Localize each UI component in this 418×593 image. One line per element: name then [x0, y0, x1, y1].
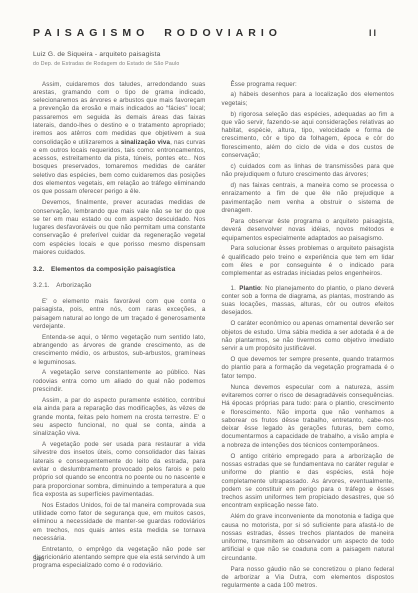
paragraph: O que devemos ter sempre presente, quand… — [222, 356, 395, 381]
paragraph: Nunca devemos especular com a natureza, … — [222, 384, 395, 450]
page-number: 340 — [33, 556, 44, 563]
paragraph: A vegetação pode ser usada para restaura… — [33, 441, 206, 499]
paragraph: E' o elemento mais favorável com que con… — [33, 298, 206, 331]
list-item: c) cuidados com as linhas de transmissõe… — [222, 163, 395, 180]
paragraph: Para solucionar êsses problemas o arquit… — [222, 245, 395, 278]
author-block: Luiz G. de Siqueira - arquiteto paisagis… — [33, 51, 394, 67]
paragraph: 1. Plantio: No planejamento do plantio, … — [222, 285, 395, 318]
text-columns: Assim, cuidaremos dos taludes, arredonda… — [33, 81, 394, 593]
list-item: d) nas faixas centrais, a maneira como s… — [222, 182, 395, 215]
paragraph: O caráter econômico ou apenas ornamental… — [222, 320, 395, 353]
paragraph: O antigo critério empregado para a arbor… — [222, 453, 395, 511]
chapter-numeral: II — [369, 28, 378, 38]
list-item: a) hábeis desenhos para a localização do… — [222, 91, 395, 108]
paragraph: Além do grave inconveniente da monotonia… — [222, 513, 395, 563]
paragraph: Assim, a par do aspecto puramente estéti… — [33, 397, 206, 438]
page-header: PAISAGISMO RODOVIARIO II — [33, 27, 394, 39]
page-title: PAISAGISMO RODOVIARIO — [33, 27, 282, 39]
paragraph: Nos Estados Unidos, foi de tal maneira c… — [33, 502, 206, 543]
list-item: b) rigorosa seleção das espécies, adequa… — [222, 111, 395, 161]
author-affiliation: do Dep. de Estradas de Rodagem do Estado… — [33, 61, 394, 67]
paragraph: A vegetação serve constantemente ao públ… — [33, 369, 206, 394]
left-column: Assim, cuidaremos dos taludes, arredonda… — [33, 81, 206, 593]
paragraph: Entretanto, o emprêgo da vegetação não p… — [33, 546, 206, 571]
paragraph: Devemos, finalmente, prever acuradas med… — [33, 199, 206, 257]
right-column: Êsse programa requer:a) hábeis desenhos … — [222, 81, 395, 593]
paragraph: Para nosso gáudio não se concretizou o p… — [222, 566, 395, 591]
subsection-heading: 3.2.1. Arborização — [33, 282, 206, 290]
paragraph: Entenda-se aqui, o têrmo vegetação num s… — [33, 334, 206, 367]
section-heading: 3.2. Elementos da composição paisagístic… — [33, 266, 206, 274]
paragraph: Êsse programa requer: — [222, 81, 395, 89]
paragraph: Assim, cuidaremos dos taludes, arredonda… — [33, 81, 206, 197]
author-name: Luiz G. de Siqueira - arquiteto paisagis… — [33, 51, 394, 58]
document-page: PAISAGISMO RODOVIARIO II Luiz G. de Siqu… — [0, 0, 418, 593]
paragraph: Para observar êste programa o arquiteto … — [222, 218, 395, 243]
